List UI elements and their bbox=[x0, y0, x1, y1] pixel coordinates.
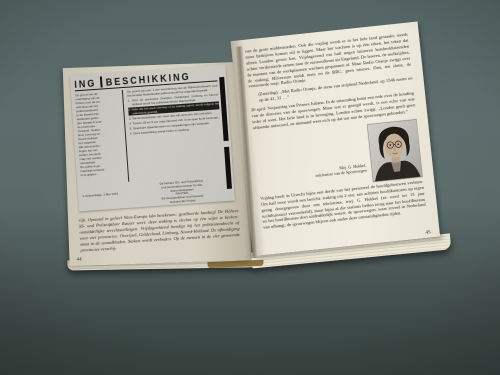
clipping-left-column: Op grond van demachtiging van deFührer o… bbox=[75, 90, 129, 185]
right-page-number: 45 bbox=[425, 229, 431, 236]
right-page-content: van de grote middensteden. Ook die vrijd… bbox=[244, 32, 428, 247]
left-page-number: 44 bbox=[76, 257, 81, 263]
photo-scene: ING BESCHIKKING Op grond van demachtigin… bbox=[0, 0, 500, 375]
clipping-headline-left: ING bbox=[74, 77, 97, 90]
clipping-headline-right: BESCHIKKING bbox=[105, 70, 191, 87]
clipping-right-column: Op grond van par. 1 der verordening van … bbox=[127, 83, 224, 181]
clipping-items: 1. Voor de provincies Overijsel, Gelderl… bbox=[127, 92, 220, 135]
open-book: ING BESCHIKKING Op grond van demachtigin… bbox=[46, 24, 456, 292]
portrait-photo bbox=[367, 119, 423, 182]
clipping-dateline: 's-Gravenhage, 1 Mei 1943 bbox=[82, 192, 119, 211]
clipping-columns: Op grond van demachtiging van deFührer o… bbox=[75, 83, 224, 185]
left-page-italic-paragraph: rijk. Opstand in geheel West-Europa kán … bbox=[79, 208, 241, 254]
right-page: van de grote middensteden. Ook die vrijd… bbox=[231, 22, 441, 256]
clipping-signature: De Höhere SS- und Polizeiführerund Gener… bbox=[138, 178, 225, 207]
newspaper-clipping: ING BESCHIKKING Op grond van demachtigin… bbox=[70, 65, 235, 212]
headline-divider bbox=[100, 76, 102, 87]
clipping-black-bar-bottom bbox=[224, 147, 232, 189]
left-page: ING BESCHIKKING Op grond van demachtigin… bbox=[63, 62, 252, 266]
photo-caption: Mej. G. Hekkel, telefoniste van de Spoor… bbox=[315, 163, 367, 179]
